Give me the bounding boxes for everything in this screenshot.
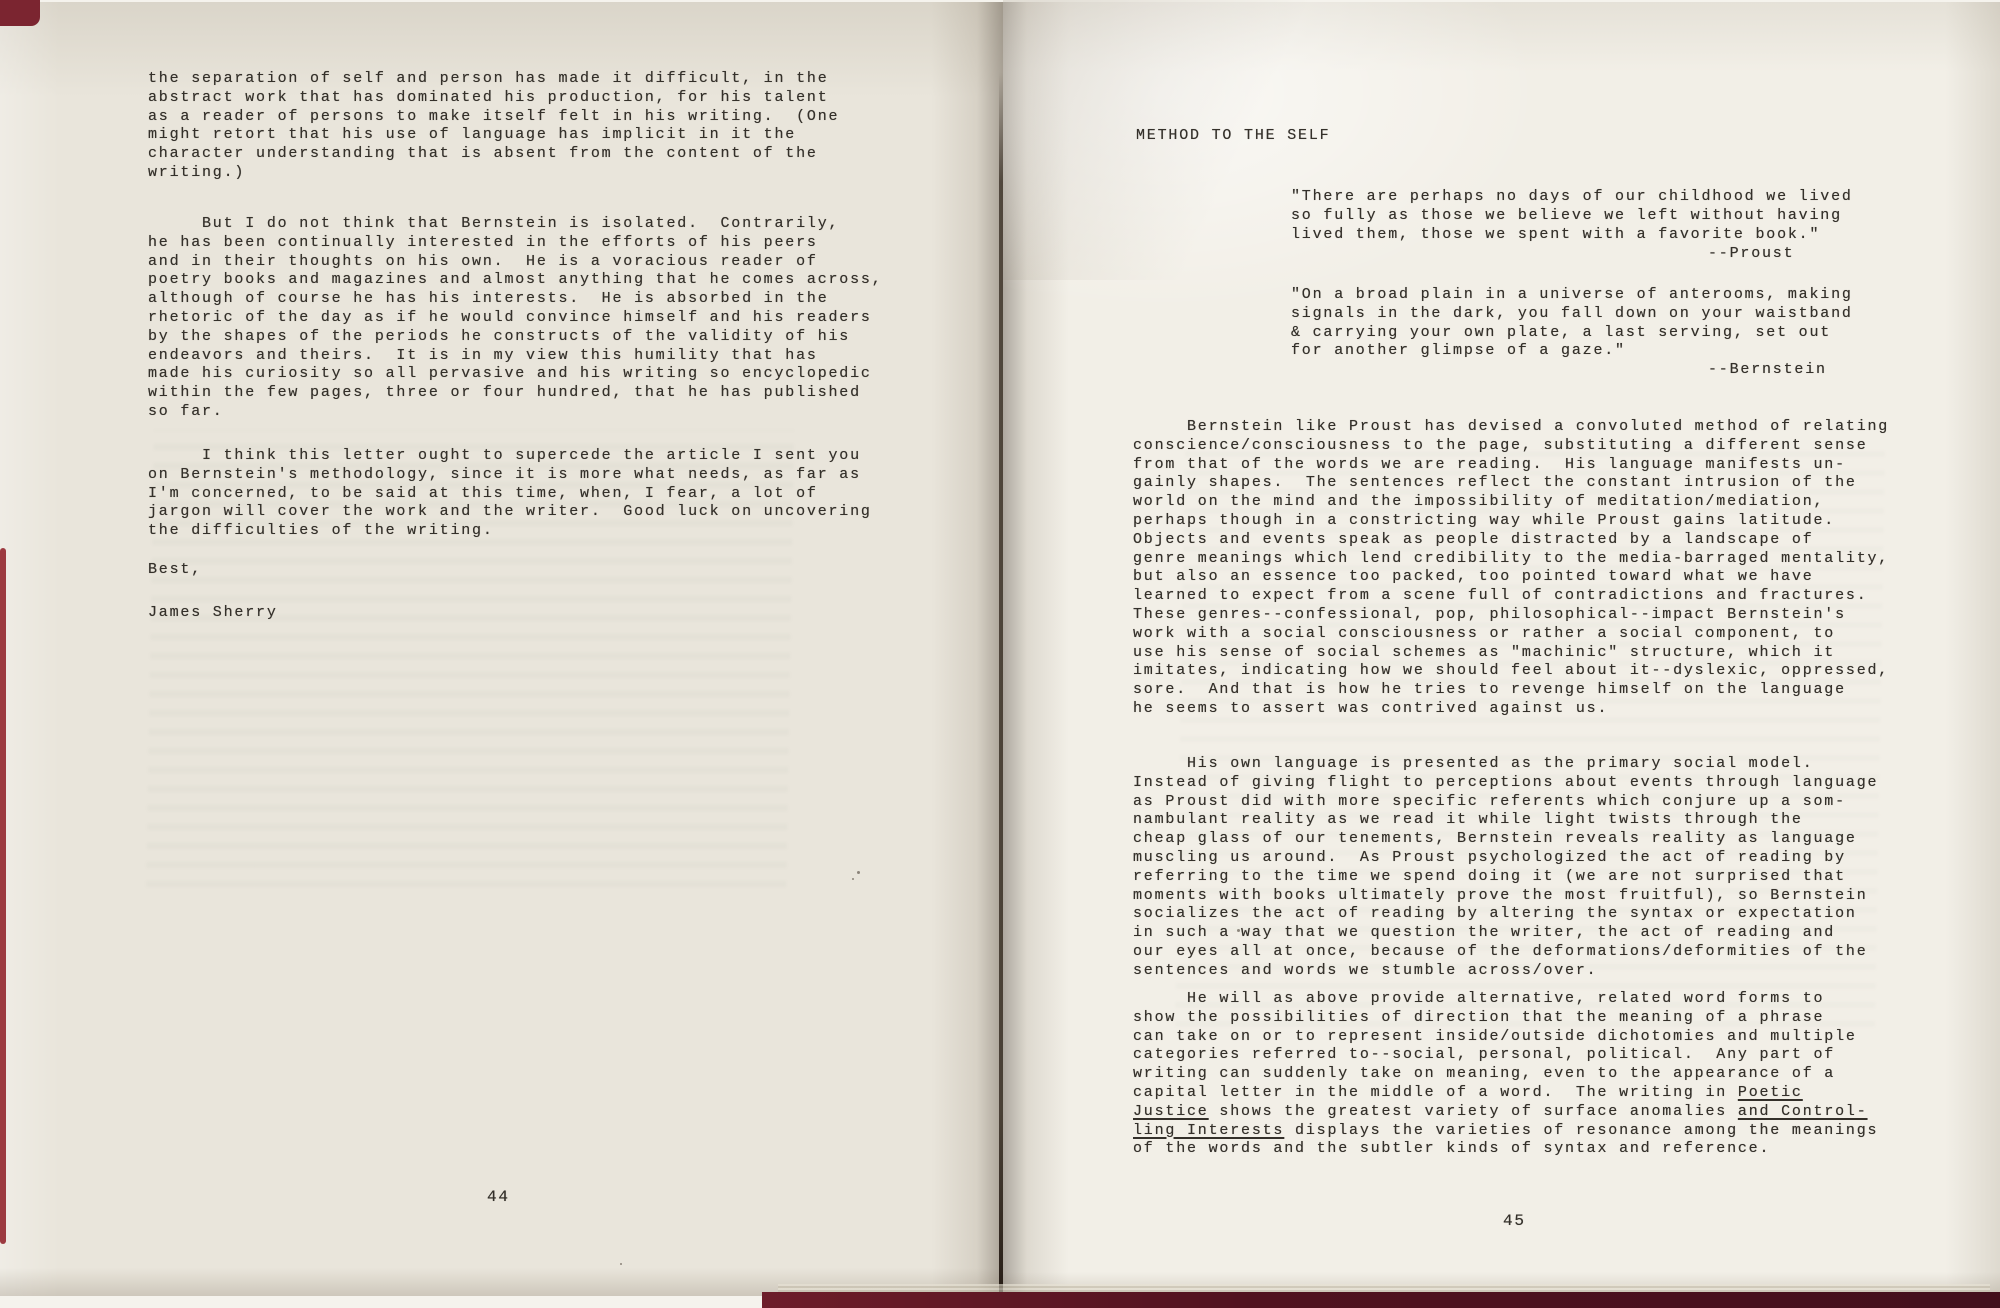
proust-quote-attribution: --Proust	[1708, 245, 1794, 264]
cover-bottom-edge	[762, 1292, 2000, 1308]
essay-paragraph: His own language is presented as the pri…	[1133, 755, 1878, 981]
proust-quote: "There are perhaps no days of our childh…	[1291, 188, 1853, 244]
dust-speck	[857, 871, 860, 874]
letter-paragraph: But I do not think that Bernstein is iso…	[148, 215, 883, 422]
cover-corner	[0, 0, 40, 26]
letter-paragraph: I think this letter ought to supercede t…	[148, 447, 872, 541]
cover-left-edge	[0, 548, 6, 1244]
dust-speck	[1237, 929, 1240, 932]
page-number-right: 45	[1503, 1212, 1526, 1231]
page-number-left: 44	[487, 1188, 510, 1207]
letter-paragraph: the separation of self and person has ma…	[148, 70, 839, 183]
chapter-heading: METHOD TO THE SELF	[1136, 127, 1330, 146]
gutter-shadow	[999, 72, 1003, 1296]
bernstein-quote-attribution: --Bernstein	[1708, 361, 1827, 380]
letter-signoff: Best,	[148, 561, 202, 580]
dust-speck	[620, 1263, 622, 1265]
book-spread-scan: the separation of self and person has ma…	[0, 0, 2000, 1308]
dust-speck	[852, 878, 854, 880]
essay-paragraph: Bernstein like Proust has devised a conv…	[1133, 418, 1889, 719]
bernstein-quote: "On a broad plain in a universe of anter…	[1291, 286, 1853, 361]
left-page	[0, 2, 1003, 1296]
letter-signature: James Sherry	[148, 604, 278, 623]
essay-paragraph-with-titles: He will as above provide alternative, re…	[1133, 990, 1878, 1159]
